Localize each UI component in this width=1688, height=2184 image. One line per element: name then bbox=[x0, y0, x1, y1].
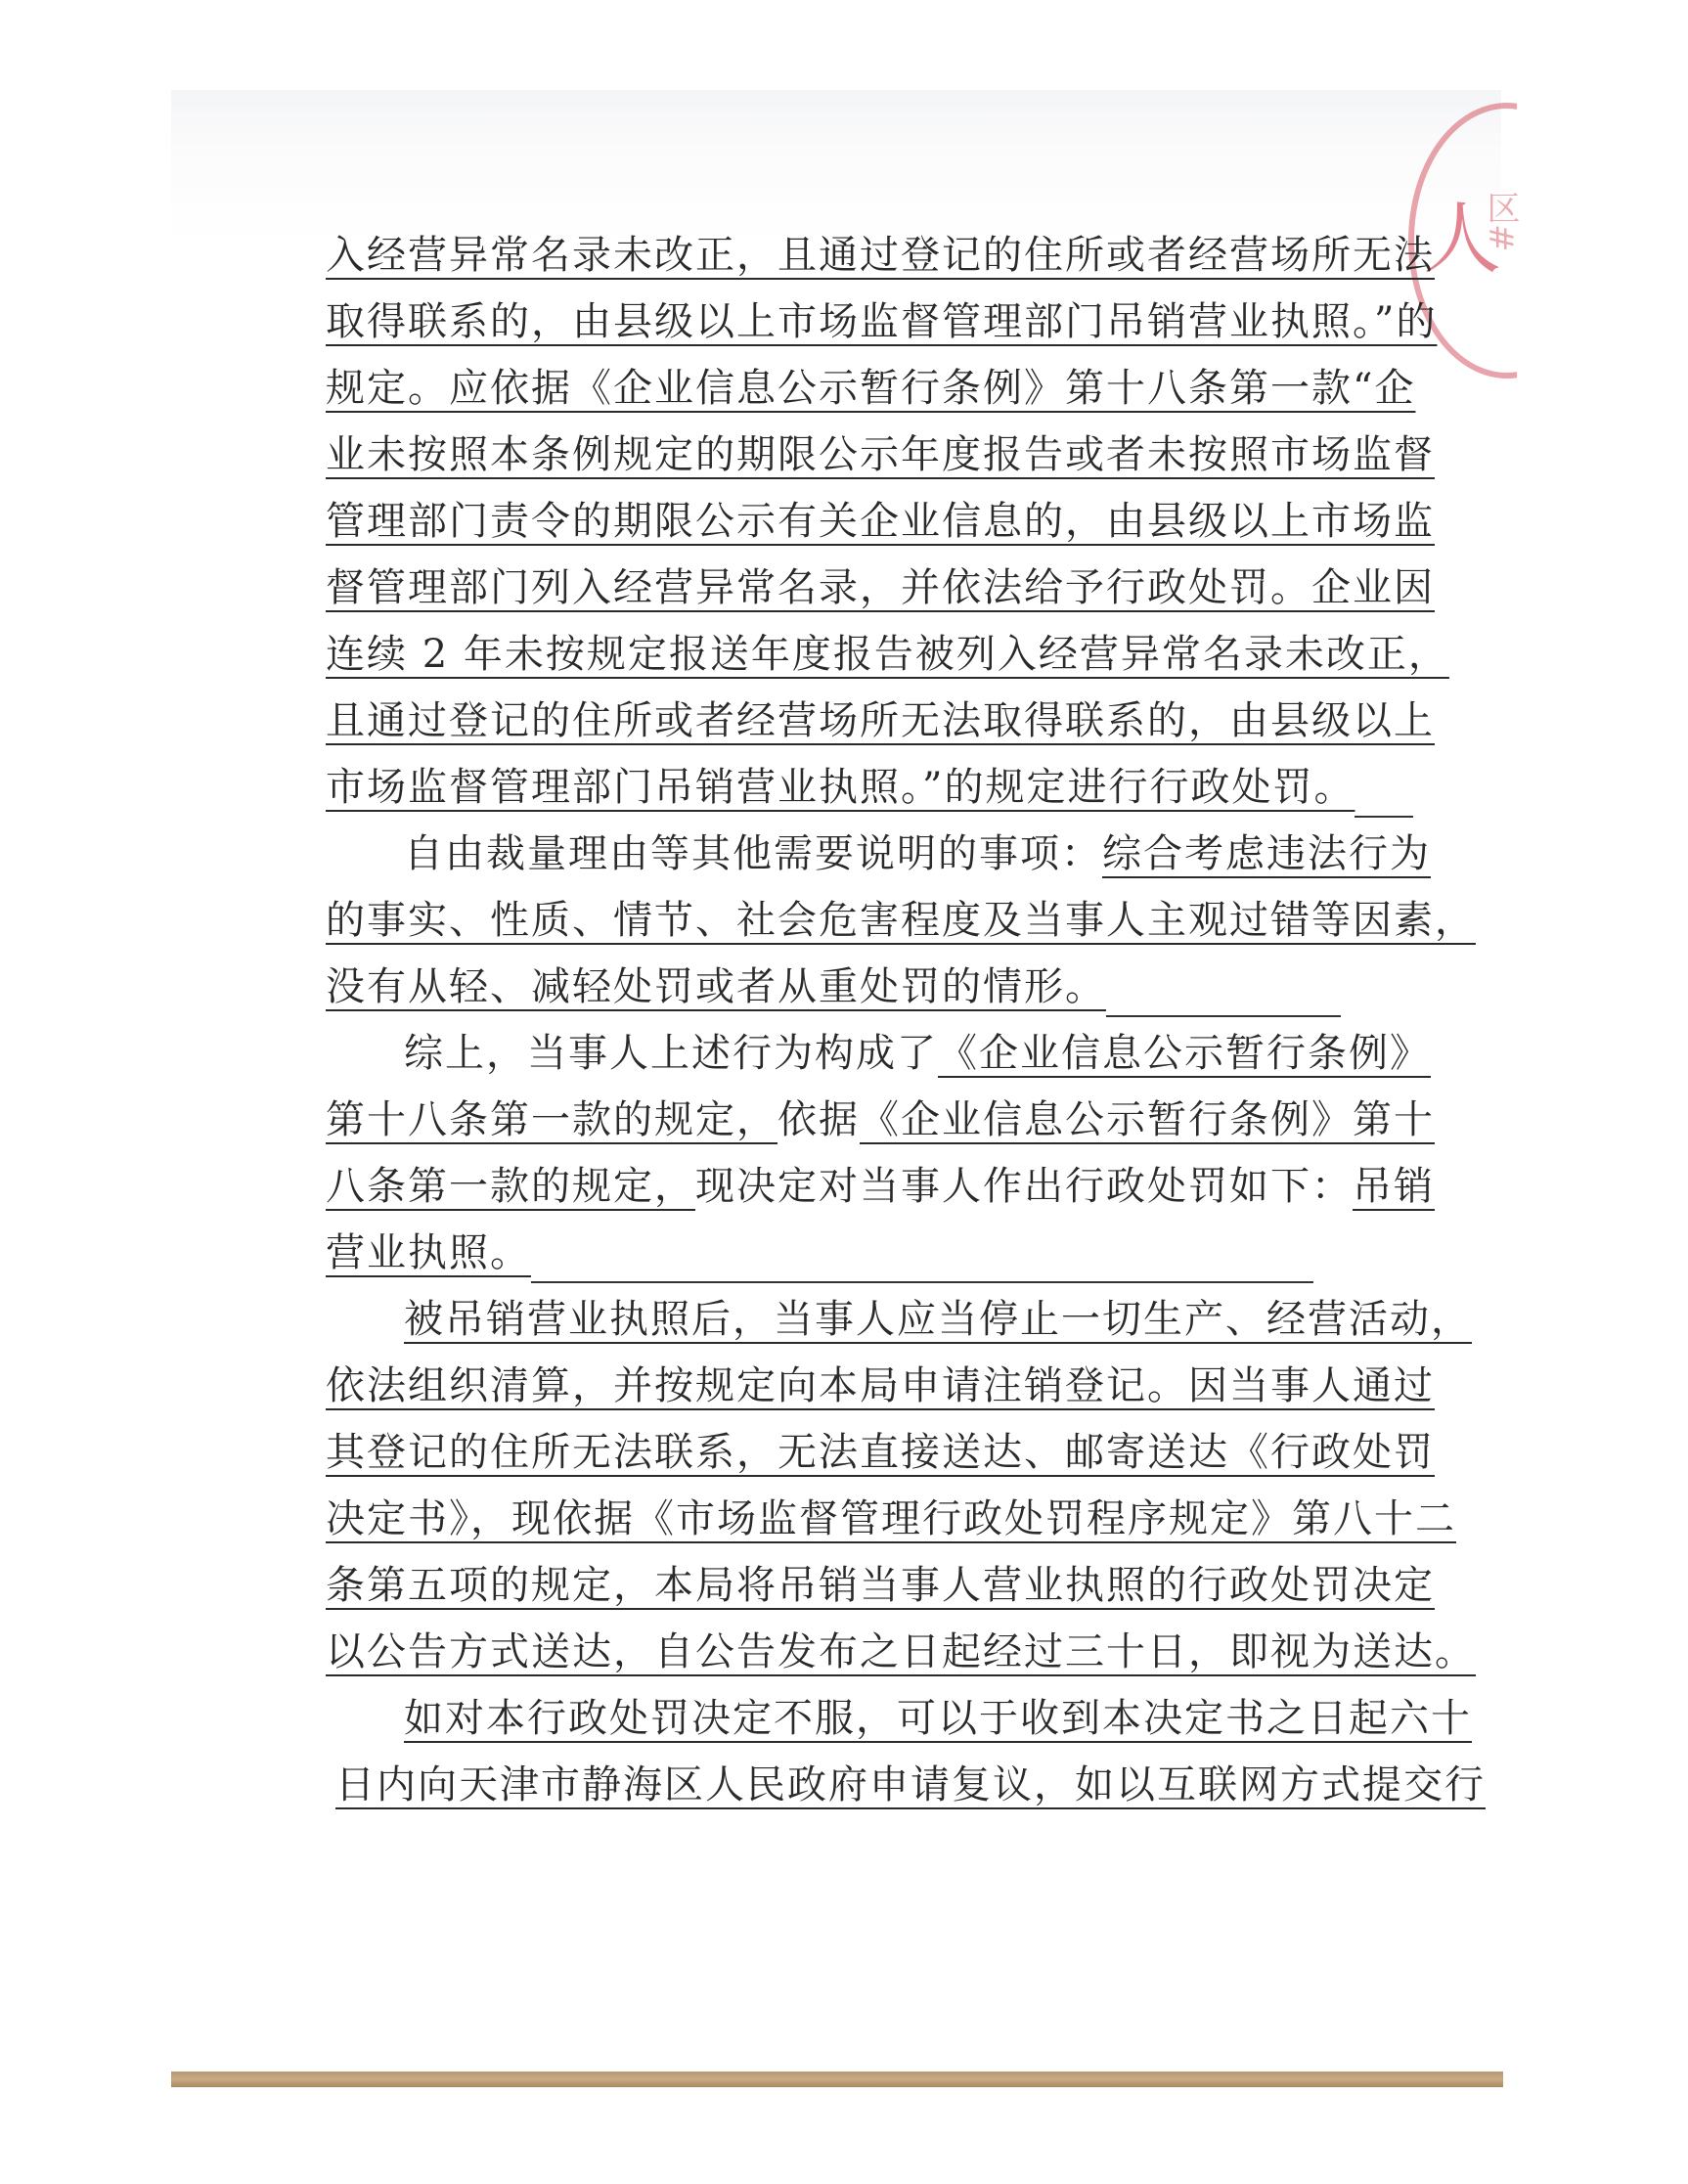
seal-text: 区# bbox=[1477, 191, 1525, 252]
discretion-label: 自由裁量理由等其他需要说明的事项： bbox=[404, 831, 1102, 876]
text-line: 八条第一款的规定，现决定对当事人作出行政处罚如下：吊销 bbox=[326, 1156, 1343, 1223]
text-line: 取得联系的，由县级以上市场监督管理部门吊销营业执照。”的 bbox=[326, 291, 1343, 358]
text-line: 以公告方式送达，自公告发布之日起经过三十日，即视为送达。 bbox=[326, 1622, 1343, 1688]
text-line: 业未按照本条例规定的期限公示年度报告或者未按照市场监督 bbox=[326, 424, 1343, 491]
text-line: 市场监督管理部门吊销营业执照。”的规定进行行政处罚。 bbox=[326, 757, 1343, 824]
text-line: 管理部门责令的期限公示有关企业信息的，由县级以上市场监 bbox=[326, 491, 1343, 557]
text-line: 条第五项的规定，本局将吊销当事人营业执照的行政处罚决定 bbox=[326, 1555, 1343, 1622]
conclusion-paragraph: 综上，当事人上述行为构成了《企业信息公示暂行条例》 bbox=[326, 1023, 1343, 1090]
text-line: 其登记的住所无法联系，无法直接送达、邮寄送达《行政处罚 bbox=[326, 1422, 1343, 1489]
text-line: 没有从轻、减轻处罚或者从重处罚的情形。 bbox=[326, 957, 1343, 1023]
penalty: 吊销 bbox=[1353, 1164, 1435, 1209]
text-line: 第十八条第一款的规定，依据《企业信息公示暂行条例》第十 bbox=[326, 1090, 1343, 1156]
text-line: 日内向天津市静海区人民政府申请复议，如以互联网方式提交行 bbox=[326, 1755, 1343, 1821]
text-line: 且通过登记的住所或者经营场所无法取得联系的，由县级以上 bbox=[326, 691, 1343, 757]
text-line: 连续 2 年未按规定报送年度报告被列入经营异常名录未改正， bbox=[326, 624, 1343, 691]
text-line: 入经营异常名录未改正，且通过登记的住所或者经营场所无法 bbox=[326, 225, 1343, 291]
table-surface bbox=[171, 2072, 1503, 2087]
text-line: 督管理部门列入经营异常名录，并依法给予行政处罚。企业因 bbox=[326, 557, 1343, 624]
appeal-paragraph: 如对本行政处罚决定不服，可以于收到本决定书之日起六十 bbox=[326, 1688, 1343, 1755]
cited-law: 《企业信息公示暂行条例》 bbox=[938, 1031, 1431, 1076]
text-line: 营业执照。 bbox=[326, 1223, 1343, 1289]
text-line: 依法组织清算，并按规定向本局申请注销登记。因当事人通过 bbox=[326, 1356, 1343, 1422]
discretion-paragraph: 自由裁量理由等其他需要说明的事项：综合考虑违法行为 bbox=[326, 824, 1343, 890]
penalty: 营业执照。 bbox=[326, 1230, 531, 1275]
text-line: 规定。应依据《企业信息公示暂行条例》第十八条第一款“企 bbox=[326, 358, 1343, 424]
cited-law: 《企业信息公示暂行条例》第十 bbox=[860, 1097, 1435, 1142]
text-line: 的事实、性质、情节、社会危害程度及当事人主观过错等因素， bbox=[326, 890, 1343, 957]
text-line: 决定书》，现依据《市场监督管理行政处罚程序规定》第八十二 bbox=[326, 1489, 1343, 1555]
document-body: 入经营异常名录未改正，且通过登记的住所或者经营场所无法 取得联系的，由县级以上市… bbox=[326, 225, 1343, 1821]
revocation-paragraph: 被吊销营业执照后，当事人应当停止一切生产、经营活动， bbox=[326, 1289, 1343, 1356]
